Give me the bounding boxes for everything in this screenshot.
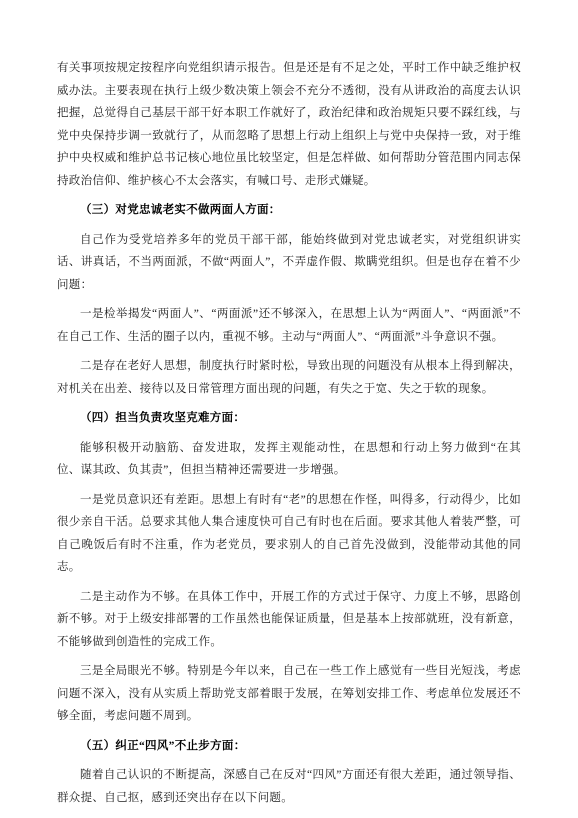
- body-paragraph: 一是检举揭发“两面人”、“两面派”还不够深入，在思想上认为“两面人”、“两面派”…: [57, 303, 521, 348]
- document-page: 有关事项按规定按程序向党组织请示报告。但是还是有不足之处，平时工作中缺乏维护权威…: [0, 0, 578, 818]
- body-paragraph: 二是主动作为不够。在具体工作中，开展工作的方式过于保守、力度上不够，思路创新不够…: [57, 586, 521, 654]
- section-heading: （四）担当负责攻坚克难方面：: [57, 407, 521, 430]
- section-heading: （五）纠正“四风”不止步方面：: [57, 735, 521, 758]
- body-paragraph: 随着自己认识的不断提高，深感自己在反对“四风”方面还有很大差距，通过领导指、群众…: [57, 764, 521, 809]
- body-paragraph: 能够积极开动脑筋、奋发进取，发挥主观能动性，在思想和行动上努力做到“在其位、谋其…: [57, 437, 521, 482]
- body-paragraph: 一是党员意识还有差距。思想上有时有“老”的思想在作怪，叫得多，行动得少，比如很少…: [57, 489, 521, 579]
- body-paragraph: 自己作为受党培养多年的党员干部干部，能始终做到对党忠诚老实，对党组织讲实话、讲真…: [57, 229, 521, 297]
- body-paragraph: 三是全局眼光不够。特别是今年以来，自己在一些工作上感觉有一些目光短浅，考虑问题不…: [57, 660, 521, 728]
- body-paragraph: 有关事项按规定按程序向党组织请示报告。但是还是有不足之处，平时工作中缺乏维护权威…: [57, 57, 521, 192]
- section-heading: （三）对党忠诚老实不做两面人方面：: [57, 199, 521, 222]
- body-paragraph: 二是存在老好人思想，制度执行时紧时松，导致出现的问题没有从根本上得到解决，对机关…: [57, 355, 521, 400]
